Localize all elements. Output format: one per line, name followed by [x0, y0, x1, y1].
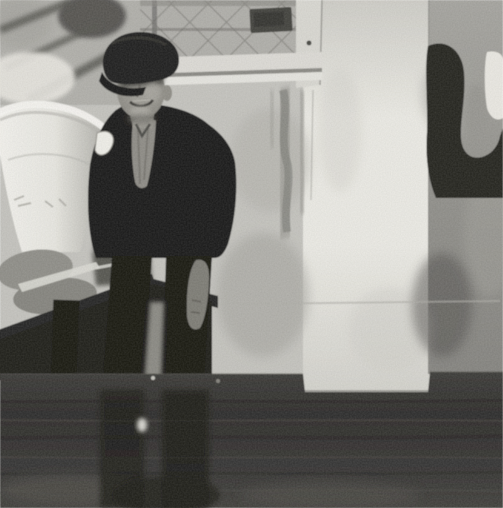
film-grain-light [0, 0, 503, 508]
flood-photograph: Black-and-white halftone photograph: a s… [0, 0, 503, 508]
photo-canvas [0, 0, 503, 508]
